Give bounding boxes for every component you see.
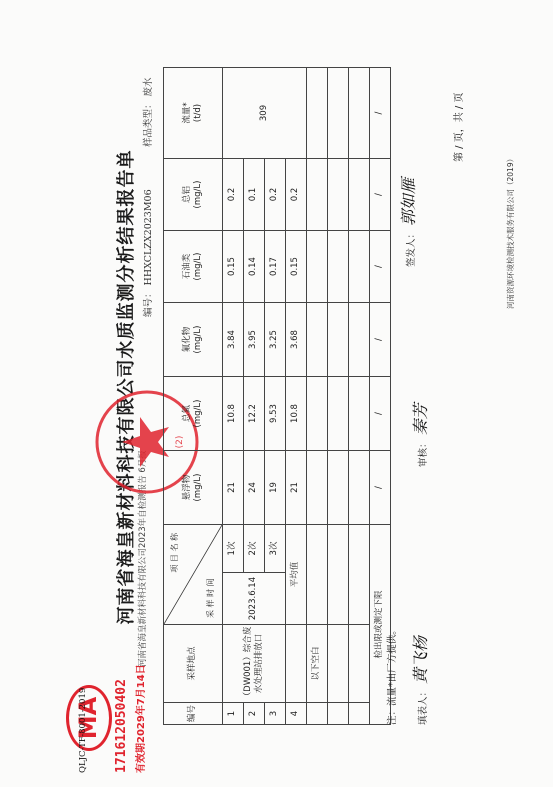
limit-fluoride: /: [370, 303, 391, 377]
table-row: 1 （DW001）综合废水处理站排放口 2023.6.14 1次 21 10.8…: [223, 68, 244, 725]
table-row-blank: 以下空白: [307, 68, 328, 725]
cert-validity: 有效期2029年7月14日: [132, 664, 147, 773]
average-label: 平均值: [286, 525, 307, 625]
value-tn: 9.53: [265, 377, 286, 451]
form-code: QLJC-TF-8001-2019: [78, 663, 88, 773]
sampling-site: （DW001）综合废水处理站排放口: [223, 625, 286, 703]
header-site: 采样地点: [164, 625, 223, 703]
issuer-block: 签发人： 郭如雁: [396, 178, 419, 267]
issuer-label: 签发人：: [406, 229, 417, 267]
header-diagonal: 项 目 名 称 采 样 时 间: [164, 525, 223, 625]
header-item-label: 项 目 名 称: [170, 533, 180, 573]
value-ss: 24: [244, 451, 265, 525]
value-oil: 0.15: [286, 231, 307, 303]
report-number-row: 编号： HHXCLZX2023M06: [140, 189, 154, 317]
header-tn: 总氮 (mg/L): [164, 377, 223, 451]
report-number: HHXCLZX2023M06: [143, 189, 154, 285]
value-flow: 309: [223, 68, 307, 159]
results-table: 编号 采样地点 项 目 名 称 采 样 时 间 悬浮物 (mg/L) 总氮 (m…: [163, 67, 391, 725]
value-fluoride: 3.25: [265, 303, 286, 377]
limit-flow: /: [370, 68, 391, 159]
sample-round: 2次: [244, 525, 265, 573]
cert-number: 171612050402: [114, 679, 129, 773]
sample-round: 1次: [223, 525, 244, 573]
row-no: 3: [265, 703, 286, 725]
value-tn: 10.8: [223, 377, 244, 451]
filler-signature: 黄飞杨: [411, 636, 430, 684]
row-no: 1: [223, 703, 244, 725]
blank-site: [286, 625, 307, 703]
value-ss: 19: [265, 451, 286, 525]
value-ss: 21: [223, 451, 244, 525]
sampling-date: 2023.6.14: [223, 573, 286, 625]
value-ss: 21: [286, 451, 307, 525]
report-page: MA QLJC-TF-8001-2019 171612050402 有效期202…: [0, 0, 553, 787]
value-fluoride: 3.84: [223, 303, 244, 377]
filler-block: 填表人： 黄飞杨: [408, 636, 431, 725]
value-fluoride: 3.95: [244, 303, 265, 377]
limit-oil: /: [370, 231, 391, 303]
cma-stamp: MA QLJC-TF-8001-2019 171612050402 有效期202…: [60, 663, 160, 773]
cma-logo: MA: [66, 685, 112, 751]
limit-ss: /: [370, 451, 391, 525]
header-oil: 石油类 (mg/L): [164, 231, 223, 303]
blank-below-label: 以下空白: [307, 625, 328, 703]
header-no: 编号: [164, 703, 223, 725]
row-no: 2: [244, 703, 265, 725]
row-no: 4: [286, 703, 307, 725]
header-fluoride: 氟化物 (mg/L): [164, 303, 223, 377]
limit-al: /: [370, 159, 391, 231]
value-oil: 0.15: [223, 231, 244, 303]
header-time-label: 采 样 时 间: [206, 578, 216, 618]
reviewer-block: 审核： 秦芳: [408, 403, 431, 467]
value-al: 0.2: [265, 159, 286, 231]
table-row-empty: [328, 68, 349, 725]
issuer-signature: 郭如雁: [399, 178, 418, 226]
footer-company: 河南资源环境检测技术服务有限公司（2019）: [505, 155, 516, 309]
reviewer-label: 审核：: [418, 438, 429, 467]
value-tn: 10.8: [286, 377, 307, 451]
flow-note: 注：流量*由厂方提供。: [384, 625, 398, 725]
header-ss: 悬浮物 (mg/L): [164, 451, 223, 525]
value-tn: 12.2: [244, 377, 265, 451]
report-number-label: 编号：: [143, 288, 154, 317]
reviewer-signature: 秦芳: [411, 403, 430, 435]
value-oil: 0.14: [244, 231, 265, 303]
table-row-average: 4 平均值 21 10.8 3.68 0.15 0.2: [286, 68, 307, 725]
sample-type: 废水: [143, 77, 154, 96]
value-al: 0.2: [223, 159, 244, 231]
value-al: 0.2: [286, 159, 307, 231]
header-flow: 流量* (t/d): [164, 68, 223, 159]
limit-tn: /: [370, 377, 391, 451]
table-row-empty: [349, 68, 370, 725]
header-al: 总铝 (mg/L): [164, 159, 223, 231]
sample-type-label: 样品类型：: [143, 99, 154, 147]
value-fluoride: 3.68: [286, 303, 307, 377]
sample-type-row: 样品类型： 废水: [140, 77, 154, 147]
filler-label: 填表人：: [418, 687, 429, 725]
page-indicator: 第 / 页，共 / 页: [450, 93, 465, 162]
value-al: 0.1: [244, 159, 265, 231]
value-oil: 0.17: [265, 231, 286, 303]
sample-round: 3次: [265, 525, 286, 573]
